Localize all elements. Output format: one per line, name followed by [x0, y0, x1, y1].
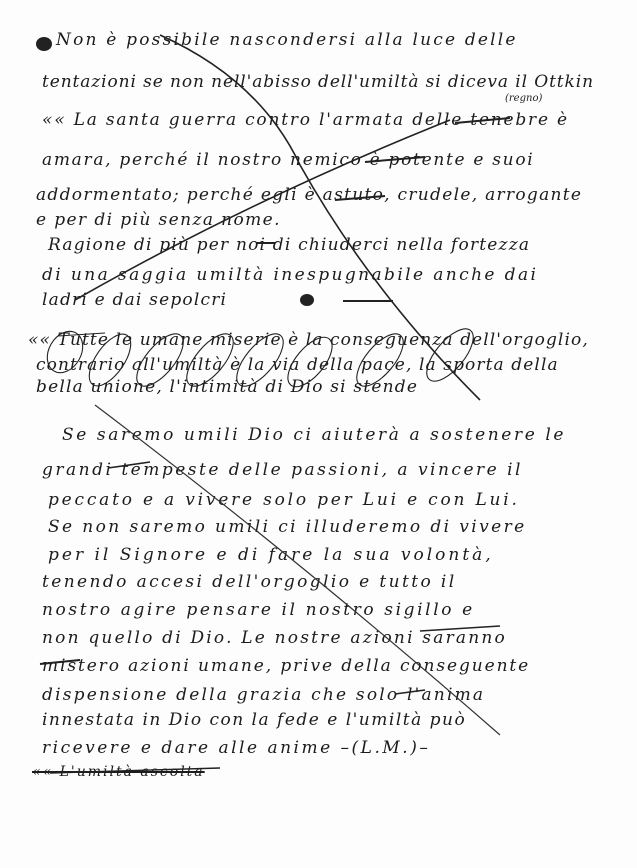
- manuscript-line: tentazioni se non nell'abisso dell'umilt…: [42, 72, 594, 92]
- manuscript-line: nostro agire pensare il nostro sigillo e: [42, 600, 475, 620]
- struck-final-line: «« L'umiltà ascolta: [32, 764, 205, 780]
- strike-mark: [343, 300, 393, 302]
- manuscript-line: ricevere e dare alle anime –(L.M.)–: [42, 738, 430, 758]
- manuscript-line: Se saremo umili Dio ci aiuterà a sostene…: [62, 425, 566, 445]
- manuscript-line: tenendo accesi dell'orgoglio e tutto il: [42, 572, 457, 592]
- manuscript-line: innestata in Dio con la fede e l'umiltà …: [42, 710, 466, 730]
- manuscript-line: Ragione di più per noi di chiuderci nell…: [48, 235, 530, 255]
- manuscript-line: «« La santa guerra contro l'armata delle…: [42, 110, 569, 130]
- ink-blot-icon: [36, 37, 52, 51]
- manuscript-line: amara, perché il nostro nemico è potente…: [42, 150, 534, 170]
- manuscript-line: peccato e a vivere solo per Lui e con Lu…: [48, 490, 520, 510]
- manuscript-line: per il Signore e di fare la sua volontà,: [48, 545, 494, 565]
- ink-blot-icon: [300, 294, 314, 306]
- margin-note: (regno): [505, 93, 542, 104]
- manuscript-line: grandi tempeste delle passioni, a vincer…: [42, 460, 523, 480]
- manuscript-line: «« Tutte le umane miserie è la conseguen…: [28, 330, 589, 350]
- manuscript-line: Non è possibile nascondersi alla luce de…: [56, 30, 518, 50]
- manuscript-line: addormentato; perché egli è astuto, crud…: [36, 185, 582, 205]
- manuscript-line: mistero azioni umane, prive della conseg…: [42, 656, 530, 676]
- manuscript-line: e per di più senza nome.: [36, 210, 281, 230]
- manuscript-line: contrario all'umiltà è la via della pace…: [36, 355, 559, 375]
- manuscript-line: non quello di Dio. Le nostre azioni sara…: [42, 628, 507, 648]
- manuscript-line: dispensione della grazia che solo l'anim…: [42, 685, 485, 705]
- manuscript-line: ladri e dai sepolcri: [42, 290, 227, 310]
- manuscript-line: bella unione, l'intimità di Dio si stend…: [36, 377, 418, 397]
- manuscript-line: di una saggia umiltà inespugnabile anche…: [42, 265, 538, 285]
- manuscript-page: Non è possibile nascondersi alla luce de…: [0, 0, 637, 868]
- manuscript-line: Se non saremo umili ci illuderemo di viv…: [48, 517, 527, 537]
